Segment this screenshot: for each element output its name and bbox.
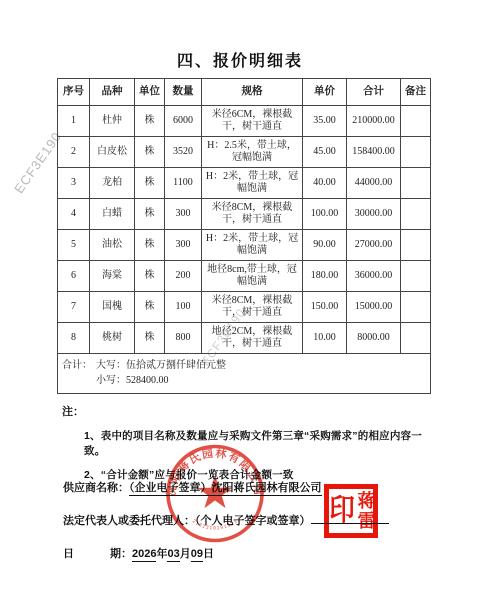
cell-unit: 株 — [135, 323, 165, 354]
cell-remark — [401, 106, 431, 137]
cell-variety: 杜仲 — [90, 106, 135, 137]
cell-variety: 龙柏 — [90, 168, 135, 199]
cell-variety: 桃树 — [90, 323, 135, 354]
stamp-char-yin: 印 — [329, 491, 355, 531]
col-header-remark: 备注 — [401, 79, 431, 106]
cell-no: 4 — [58, 199, 90, 230]
cell-spec: 地径2CM，裸根截干，树干通直 — [202, 323, 303, 354]
supplier-name-line: 供应商名称：（企业电子签章）沈阳蒋氏园林有限公司 — [63, 479, 443, 495]
cell-unit-price: 150.00 — [303, 292, 347, 323]
cell-total: 27000.00 — [347, 230, 401, 261]
date-month-unit: 月 — [180, 548, 191, 560]
cell-unit: 株 — [135, 261, 165, 292]
cell-remark — [401, 137, 431, 168]
cell-quantity: 100 — [165, 292, 202, 323]
cell-unit-price: 100.00 — [303, 199, 347, 230]
cell-unit: 株 — [135, 292, 165, 323]
cell-unit-price: 45.00 — [303, 137, 347, 168]
date-line: 日期：2026年03月09日 — [63, 545, 443, 561]
legal-label: 法定代表人或委托代理人： — [63, 515, 195, 527]
cell-spec: 米径8CM，裸根截干，树干通直 — [202, 199, 303, 230]
cell-variety: 油松 — [90, 230, 135, 261]
cell-variety: 国槐 — [90, 292, 135, 323]
cell-unit: 株 — [135, 137, 165, 168]
cell-unit: 株 — [135, 106, 165, 137]
table-header-row: 序号 品种 单位 数量 规格 单价 合计 备注 — [58, 79, 431, 106]
cell-spec: H：2米，带土球，冠幅饱满 — [202, 230, 303, 261]
date-year: 2026 — [132, 548, 156, 562]
cell-quantity: 200 — [165, 261, 202, 292]
page-title: 四、报价明细表 — [0, 48, 480, 71]
cell-no: 3 — [58, 168, 90, 199]
cell-unit: 株 — [135, 199, 165, 230]
col-header-variety: 品种 — [90, 79, 135, 106]
stamp-char-lei: 雷 — [358, 511, 376, 531]
table-row: 2 白皮松 株 3520 H：2.5米，带土球，冠幅饱满 45.00 15840… — [58, 137, 431, 168]
notes-label: 注： — [62, 403, 432, 419]
cell-quantity: 6000 — [165, 106, 202, 137]
col-header-unit: 单位 — [135, 79, 165, 106]
cell-unit-price: 10.00 — [303, 323, 347, 354]
cell-unit-price: 90.00 — [303, 230, 347, 261]
col-header-unit-price: 单价 — [303, 79, 347, 106]
cell-no: 1 — [58, 106, 90, 137]
cell-total: 158400.00 — [347, 137, 401, 168]
cell-no: 7 — [58, 292, 90, 323]
stamp-char-jiang: 蒋 — [358, 491, 376, 511]
date-label-ri: 日 — [63, 548, 74, 560]
cell-total: 36000.00 — [347, 261, 401, 292]
date-day-unit: 日 — [203, 548, 214, 560]
table-row: 5 油松 株 300 H：2米，带土球，冠幅饱满 90.00 27000.00 — [58, 230, 431, 261]
cell-no: 6 — [58, 261, 90, 292]
signature-section: 供应商名称：（企业电子签章）沈阳蒋氏园林有限公司 法定代表人或委托代理人：（个人… — [63, 479, 443, 578]
cell-quantity: 1100 — [165, 168, 202, 199]
summary-amount-words: 大写：伍拾贰万捌仟肆佰元整 — [96, 360, 226, 372]
cell-total: 30000.00 — [347, 199, 401, 230]
summary-row: 合计： 大写：伍拾贰万捌仟肆佰元整 小写：528400.00 — [58, 354, 431, 394]
supplier-value: （企业电子签章）沈阳蒋氏园林有限公司 — [129, 482, 322, 496]
cell-quantity: 3520 — [165, 137, 202, 168]
table-row: 4 白蜡 株 300 米径8CM，裸根截干，树干通直 100.00 30000.… — [58, 199, 431, 230]
cell-no: 8 — [58, 323, 90, 354]
cell-no: 2 — [58, 137, 90, 168]
cell-total: 15000.00 — [347, 292, 401, 323]
table-row: 7 国槐 株 100 米径8CM，裸根截干，树干通直 150.00 15000.… — [58, 292, 431, 323]
date-day: 09 — [191, 548, 203, 562]
summary-amount-figures: 小写：528400.00 — [96, 375, 226, 387]
cell-remark — [401, 168, 431, 199]
date-label-qi: 期： — [110, 548, 132, 560]
cell-unit: 株 — [135, 168, 165, 199]
table-row: 1 杜仲 株 6000 米径6CM，裸根截干，树干通直 35.00 210000… — [58, 106, 431, 137]
cell-remark — [401, 323, 431, 354]
cell-quantity: 300 — [165, 199, 202, 230]
col-header-no: 序号 — [58, 79, 90, 106]
supplier-label: 供应商名称： — [63, 482, 129, 494]
table-row: 8 桃树 株 800 地径2CM，裸根截干，树干通直 10.00 8000.00 — [58, 323, 431, 354]
legal-value: （个人电子签字或签章） — [195, 515, 311, 527]
table-row: 6 海棠 株 200 地径8cm,带土球，冠幅饱满 180.00 36000.0… — [58, 261, 431, 292]
notes-section: 注： 1、表中的项目名称及数量应与采购文件第三章“采购需求”的相应内容一致。 2… — [62, 403, 432, 482]
cell-spec: H：2米，带土球，冠幅饱满 — [202, 168, 303, 199]
cell-unit-price: 35.00 — [303, 106, 347, 137]
note-item-1: 1、表中的项目名称及数量应与采购文件第三章“采购需求”的相应内容一致。 — [84, 428, 432, 458]
cell-variety: 白蜡 — [90, 199, 135, 230]
cell-unit-price: 40.00 — [303, 168, 347, 199]
legal-representative-line: 法定代表人或委托代理人：（个人电子签字或签章） — [63, 512, 443, 528]
cell-remark — [401, 292, 431, 323]
cell-unit-price: 180.00 — [303, 261, 347, 292]
cell-quantity: 300 — [165, 230, 202, 261]
cell-remark — [401, 199, 431, 230]
cell-variety: 白皮松 — [90, 137, 135, 168]
cell-variety: 海棠 — [90, 261, 135, 292]
cell-spec: 米径8CM，裸根截干，树干通直 — [202, 292, 303, 323]
cell-no: 5 — [58, 230, 90, 261]
cell-spec: 地径8cm,带土球，冠幅饱满 — [202, 261, 303, 292]
cell-total: 210000.00 — [347, 106, 401, 137]
cell-spec: 米径6CM，裸根截干，树干通直 — [202, 106, 303, 137]
col-header-spec: 规格 — [202, 79, 303, 106]
cell-quantity: 800 — [165, 323, 202, 354]
cell-remark — [401, 230, 431, 261]
table-row: 3 龙柏 株 1100 H：2米，带土球，冠幅饱满 40.00 44000.00 — [58, 168, 431, 199]
date-year-unit: 年 — [156, 548, 167, 560]
personal-square-stamp: 印 蒋 雷 — [324, 484, 378, 538]
cell-unit: 株 — [135, 230, 165, 261]
col-header-total: 合计 — [347, 79, 401, 106]
quotation-document-page: ECF3E190 ECF3E190 四、报价明细表 序号 品种 单位 数量 规格… — [0, 0, 480, 603]
cell-spec: H：2.5米，带土球，冠幅饱满 — [202, 137, 303, 168]
cell-total: 8000.00 — [347, 323, 401, 354]
col-header-quantity: 数量 — [165, 79, 202, 106]
summary-label: 合计： — [62, 360, 92, 372]
quotation-table: 序号 品种 单位 数量 规格 单价 合计 备注 1 杜仲 株 6000 米径6C… — [57, 78, 431, 394]
cell-total: 44000.00 — [347, 168, 401, 199]
cell-remark — [401, 261, 431, 292]
date-month: 03 — [167, 548, 179, 562]
